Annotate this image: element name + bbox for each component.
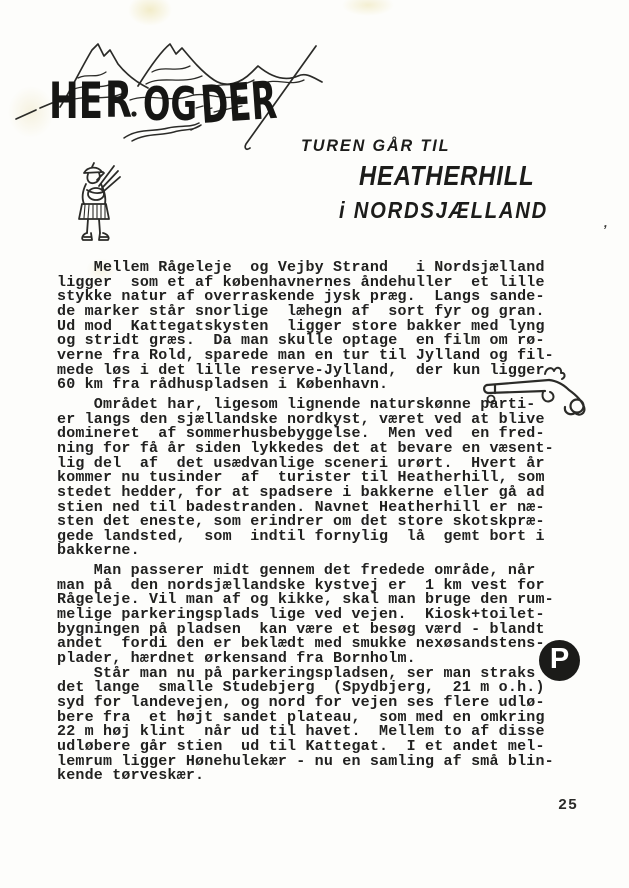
- title-her-r-gray: R: [105, 71, 132, 129]
- subtitle-line-heatherhill: HEATHERHILL: [359, 160, 534, 192]
- article-body: Mellem Rågeleje og Vejby Strand i Nordsj…: [57, 261, 577, 784]
- scanned-document-page: HE R OG DER TUREN: [0, 0, 629, 888]
- paragraph-1: Mellem Rågeleje og Vejby Strand i Nordsj…: [57, 261, 577, 393]
- stray-ink-mark: ,: [604, 215, 608, 230]
- parking-badge-letter: P: [550, 645, 569, 676]
- subtitle-line-turen-gar-til: TUREN GÅR TIL: [301, 136, 450, 156]
- title-her-he: HE: [49, 72, 103, 130]
- paragraph-4: Står man nu på parkeringspladsen, ser ma…: [57, 667, 577, 784]
- title-og: OG: [143, 77, 197, 131]
- paragraph-3: Man passerer midt gennem det fredede omr…: [57, 564, 577, 667]
- bagpiper-icon: [79, 163, 120, 240]
- masthead-title: HE R OG DER: [49, 71, 279, 136]
- page-number: 25: [558, 797, 578, 814]
- title-der: DER: [199, 71, 279, 136]
- paragraph-2: Området har, ligesom lignende naturskønn…: [57, 398, 577, 559]
- subtitle-line-i-nordsjaelland: i NORDSJÆLLAND: [339, 197, 548, 224]
- parking-badge: P: [539, 640, 580, 681]
- title-period-dot: [131, 111, 136, 116]
